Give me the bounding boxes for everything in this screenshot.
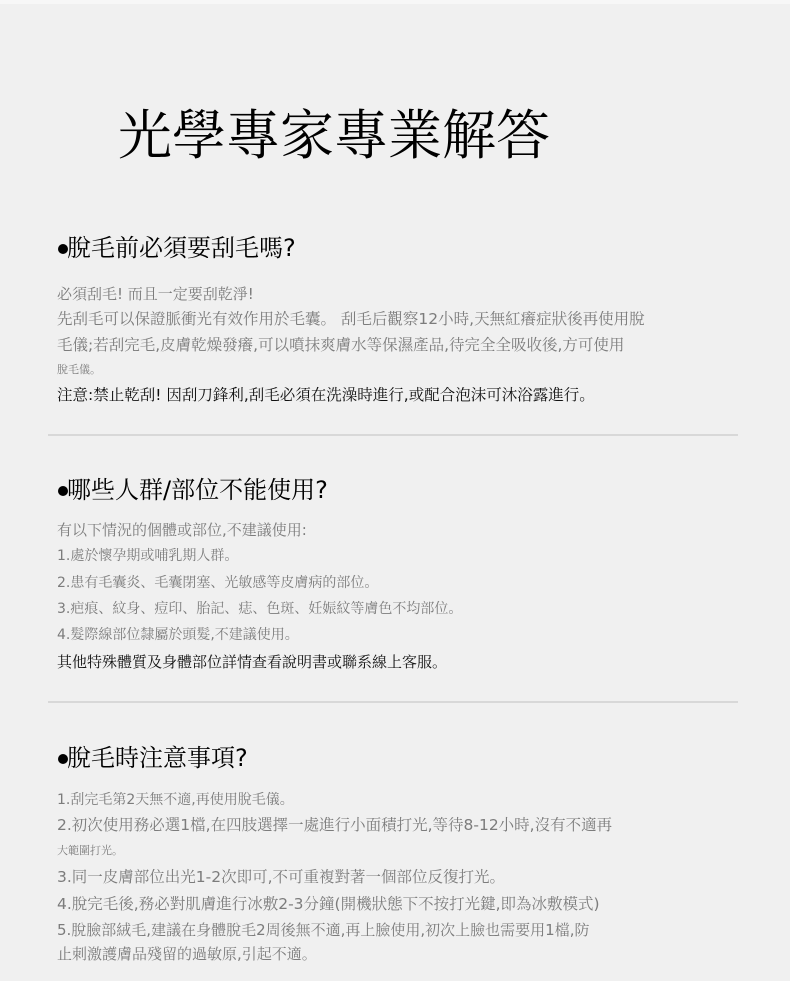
bullet-dot-icon	[58, 486, 68, 496]
section-heading-text: 脫毛時注意事項?	[67, 741, 248, 775]
body-line: 脫毛儀。	[57, 362, 101, 378]
list-item: 1.刮完毛第2天無不適,再使用脫毛儀。	[57, 790, 294, 810]
body-line: 必須刮毛! 而且一定要刮乾淨!	[57, 283, 254, 305]
page-title: 光學專家專業解答	[118, 100, 550, 172]
list-item: 5.脫臉部絨毛,建議在身體脫毛2周後無不適,再上臉使用,初次上臉也需要用1檔,防	[57, 919, 589, 941]
body-line: 毛儀;若刮完毛,皮膚乾燥發癢,可以噴抹爽膚水等保濕產品,待完全全吸收後,方可使用	[57, 334, 624, 356]
section-heading: 脫毛時注意事項?	[58, 741, 248, 775]
section-divider	[48, 434, 738, 436]
list-item: 4.脫完毛後,務必對肌膚進行冰敷2-3分鐘(開機狀態下不按打光鍵,即為冰敷模式)	[57, 893, 600, 915]
body-line: 有以下情況的個體或部位,不建議使用:	[57, 519, 307, 541]
section-divider	[48, 701, 738, 703]
note-line: 其他特殊體質及身體部位詳情查看說明書或聯系線上客服。	[57, 651, 447, 673]
section-heading: 哪些人群/部位不能使用?	[58, 473, 328, 507]
body-line: 先刮毛可以保證脈衝光有效作用於毛囊。 刮毛后觀察12小時,天無紅癢症狀後再使用脫	[57, 308, 645, 330]
list-item: 1.處於懷孕期或哺乳期人群。	[57, 546, 238, 566]
list-item-continuation: 止刺激護膚品殘留的過敏原,引起不適。	[57, 943, 317, 965]
list-item: 2.患有毛囊炎、毛囊閉塞、光敏感等皮膚病的部位。	[57, 573, 378, 593]
note-line: 注意:禁止乾刮! 因刮刀鋒利,刮毛必須在洗澡時進行,或配合泡沫可沐浴露進行。	[57, 384, 595, 406]
list-item: 2.初次使用務必選1檔,在四肢選擇一處進行小面積打光,等待8-12小時,沒有不適…	[57, 814, 612, 836]
list-item-continuation: 大範圍打光。	[57, 843, 123, 859]
section-heading-text: 脫毛前必須要刮毛嗎?	[67, 231, 296, 265]
list-item: 4.髮際線部位隸屬於頭髮,不建議使用。	[57, 625, 299, 645]
list-item: 3.同一皮膚部位出光1-2次即可,不可重複對著一個部位反復打光。	[57, 866, 505, 888]
bullet-dot-icon	[58, 244, 68, 254]
bullet-dot-icon	[58, 754, 68, 764]
list-item: 3.疤痕、紋身、痘印、胎記、痣、色斑、妊娠紋等膚色不均部位。	[57, 599, 462, 619]
top-strip	[0, 0, 790, 4]
section-heading-text: 哪些人群/部位不能使用?	[67, 473, 328, 507]
section-heading: 脫毛前必須要刮毛嗎?	[58, 231, 296, 265]
